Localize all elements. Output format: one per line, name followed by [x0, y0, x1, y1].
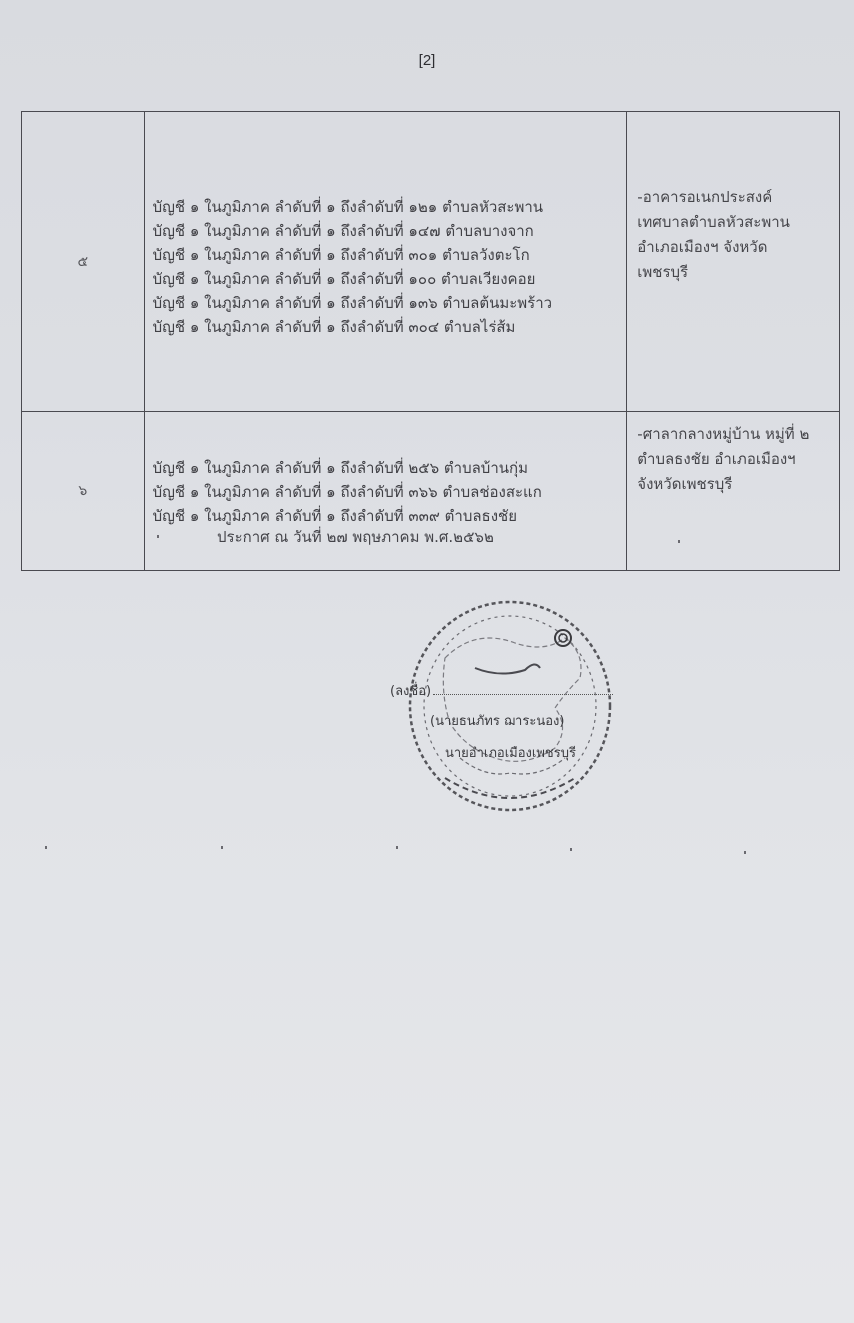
- signer-name: (นายธนภัทร ฌาระนอง): [430, 710, 564, 731]
- speck: [221, 846, 223, 849]
- signature-line: (ลงชื่อ): [390, 680, 613, 701]
- official-seal-icon: [405, 598, 615, 813]
- list-range-line: บัญชี ๑ ในภูมิภาค ลำดับที่ ๑ ถึงลำดับที่…: [153, 195, 627, 219]
- announcement-date: ประกาศ ณ วันที่ ๒๗ พฤษภาคม พ.ศ.๒๕๖๒: [217, 525, 494, 549]
- signature-dotted-line: [433, 694, 613, 695]
- page-number: [2]: [0, 52, 854, 69]
- speck: [157, 535, 159, 538]
- venue-line: ตำบลธงชัย อำเภอเมืองฯ: [637, 447, 831, 472]
- list-range-line: บัญชี ๑ ในภูมิภาค ลำดับที่ ๑ ถึงลำดับที่…: [153, 480, 627, 504]
- list-range-line: บัญชี ๑ ในภูมิภาค ลำดับที่ ๑ ถึงลำดับที่…: [153, 456, 627, 480]
- list-range-line: บัญชี ๑ ในภูมิภาค ลำดับที่ ๑ ถึงลำดับที่…: [153, 243, 627, 267]
- venue-cell: -ศาลากลางหมู่บ้าน หมู่ที่ ๒ ตำบลธงชัย อำ…: [627, 412, 840, 571]
- venue-line: เพชรบุรี: [637, 260, 831, 285]
- sign-label: (ลงชื่อ): [390, 684, 431, 699]
- list-range-line: บัญชี ๑ ในภูมิภาค ลำดับที่ ๑ ถึงลำดับที่…: [153, 267, 627, 291]
- venue-line: เทศบาลตำบลหัวสะพาน: [637, 210, 831, 235]
- speck: [396, 846, 398, 849]
- speck: [570, 848, 572, 851]
- speck: [678, 540, 680, 543]
- list-range-line: บัญชี ๑ ในภูมิภาค ลำดับที่ ๑ ถึงลำดับที่…: [153, 315, 627, 339]
- venue-line: จังหวัดเพชรบุรี: [637, 472, 831, 497]
- venue-line: -ศาลากลางหมู่บ้าน หมู่ที่ ๒: [637, 422, 831, 447]
- venue-cell: -อาคารอเนกประสงค์ เทศบาลตำบลหัวสะพาน อำเ…: [627, 112, 840, 412]
- table-row: ๕ บัญชี ๑ ในภูมิภาค ลำดับที่ ๑ ถึงลำดับท…: [22, 112, 840, 412]
- list-range-line: บัญชี ๑ ในภูมิภาค ลำดับที่ ๑ ถึงลำดับที่…: [153, 291, 627, 315]
- venue-line: อำเภอเมืองฯ จังหวัด: [637, 235, 831, 260]
- row-sequence-number: ๕: [22, 112, 145, 412]
- row-sequence-number: ๖: [22, 412, 145, 571]
- signer-title: นายอำเภอเมืองเพชรบุรี: [445, 742, 576, 763]
- speck: [744, 851, 746, 854]
- list-range-line: บัญชี ๑ ในภูมิภาค ลำดับที่ ๑ ถึงลำดับที่…: [153, 219, 627, 243]
- voter-list-table: ๕ บัญชี ๑ ในภูมิภาค ลำดับที่ ๑ ถึงลำดับท…: [21, 111, 840, 571]
- voter-list-ranges: บัญชี ๑ ในภูมิภาค ลำดับที่ ๑ ถึงลำดับที่…: [144, 112, 627, 412]
- speck: [45, 846, 47, 849]
- venue-line: -อาคารอเนกประสงค์: [637, 185, 831, 210]
